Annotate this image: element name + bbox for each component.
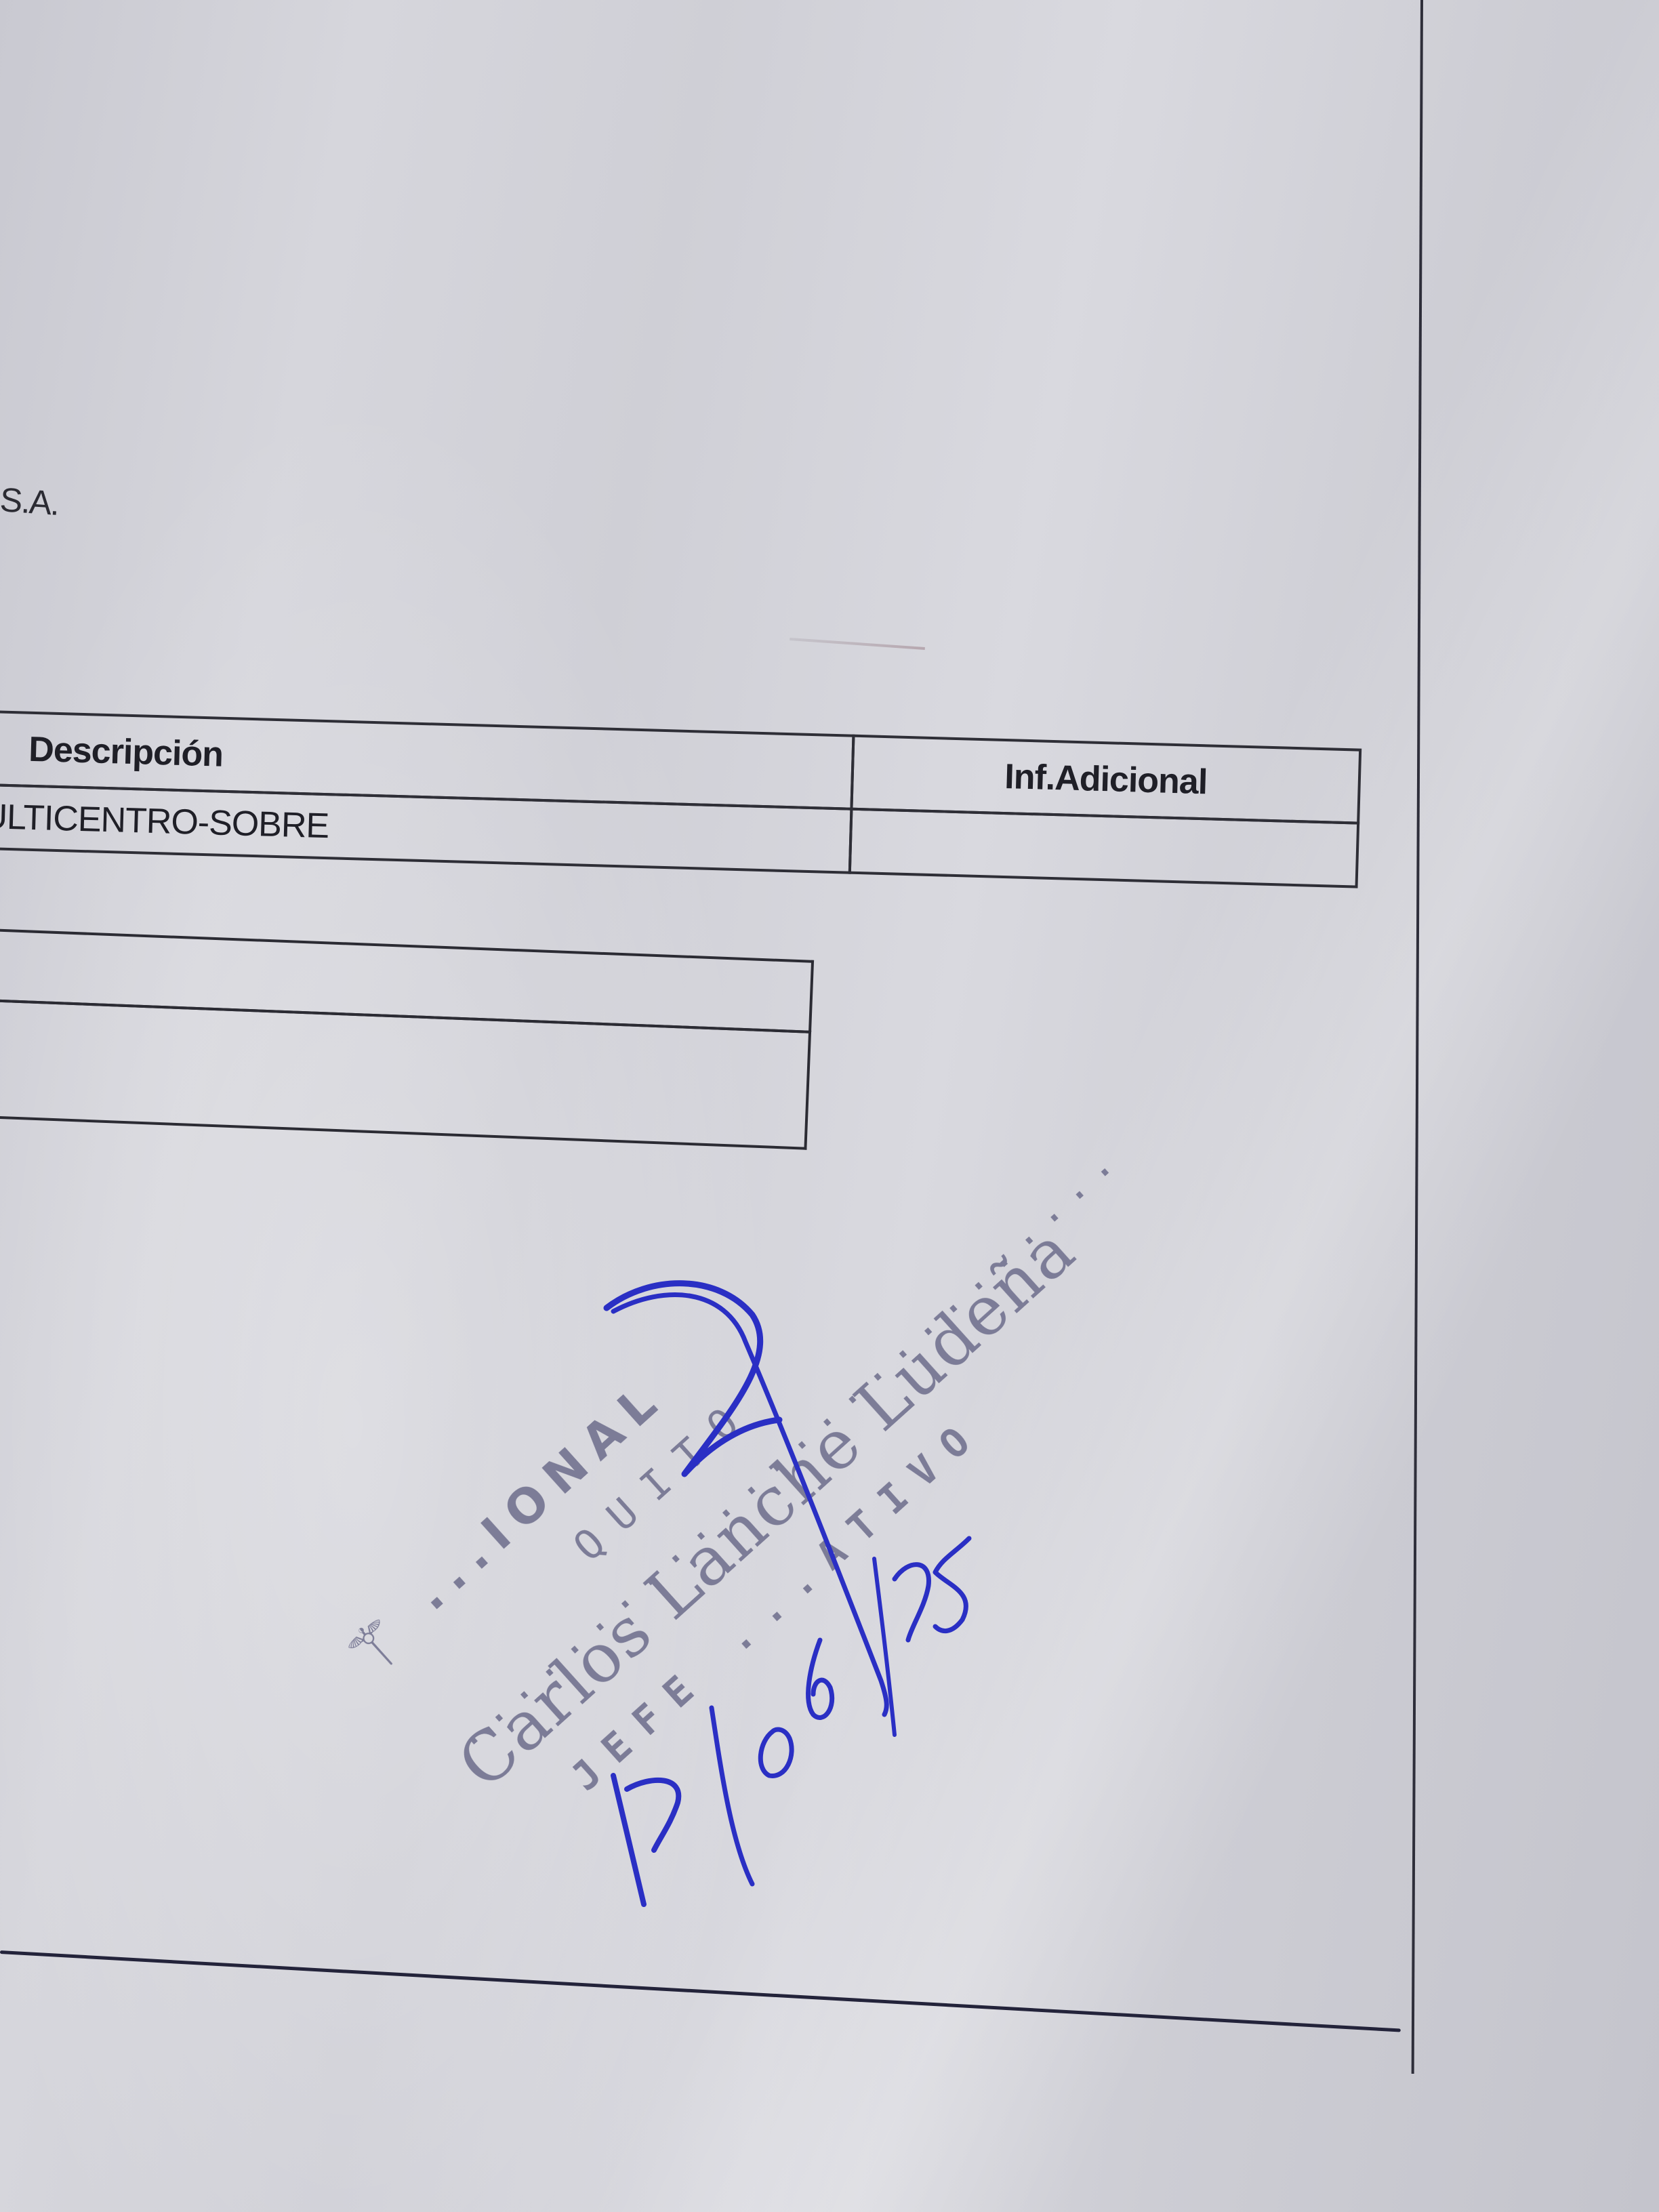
header-additional-info: Inf.Adicional [1004,756,1208,802]
cell-description: ULTICENTRO-SOBRE [0,796,329,846]
company-name-suffix: S.A. [0,480,60,523]
items-table: Descripción Inf.Adicional ULTICENTRO-SOB… [0,710,1361,899]
institution-emblem-icon: ⚚ [329,1599,421,1693]
table-row [848,808,1359,888]
header-description: Descripción [28,729,224,775]
pen-mark [790,638,925,650]
page-border-right [1412,0,1423,2074]
